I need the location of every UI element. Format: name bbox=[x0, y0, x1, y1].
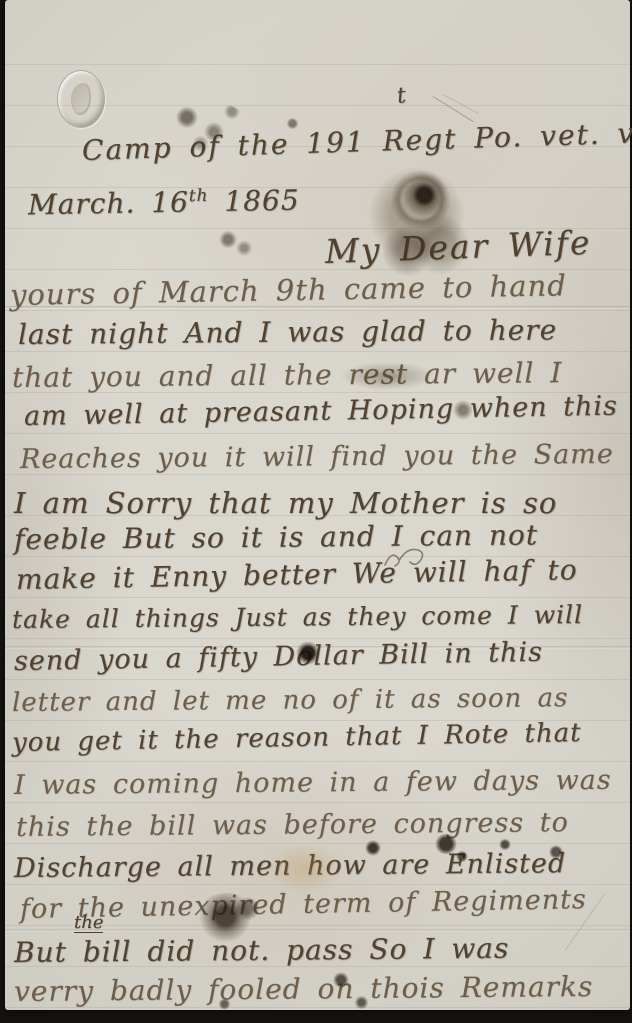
letter-line: Reaches you it will find you the Same bbox=[20, 439, 614, 475]
letter-line: feeble But so it is and I can not bbox=[14, 518, 538, 556]
letter-line: that you and all the rest ar well I bbox=[12, 356, 563, 394]
seal-profile-bust-icon bbox=[71, 83, 91, 115]
inserted-word: the bbox=[74, 914, 103, 933]
letter-line: But bill did not. pass So I was bbox=[14, 932, 510, 969]
pen-scratch bbox=[433, 96, 474, 122]
letter-line: letter and let me no of it as soon as bbox=[12, 683, 569, 718]
date-line: March. 16th 1865 bbox=[28, 183, 300, 221]
embossed-seal bbox=[57, 70, 105, 128]
date-ordinal: th bbox=[189, 185, 209, 205]
pen-scratch bbox=[443, 94, 479, 114]
letter-line: Discharge all men how are Enlisted bbox=[14, 848, 566, 884]
letter-scan: { "document": { "kind": "handwritten let… bbox=[0, 0, 632, 1023]
date-prefix: March. 16 bbox=[28, 186, 189, 222]
date-year: 1865 bbox=[224, 184, 300, 218]
letter-line: last night And I was glad to here bbox=[18, 313, 557, 351]
letter-line: I was coming home in a few days was bbox=[14, 765, 612, 801]
letter-line: take all things Just as they come I will bbox=[12, 600, 583, 634]
letter-line: verry badly fooled on thois Remarks bbox=[14, 970, 594, 1008]
interlinear-scribble bbox=[382, 545, 426, 571]
letter-line: this the bill was before congress to bbox=[16, 807, 569, 843]
letter-line: I am Sorry that my Mother is so bbox=[14, 486, 557, 520]
